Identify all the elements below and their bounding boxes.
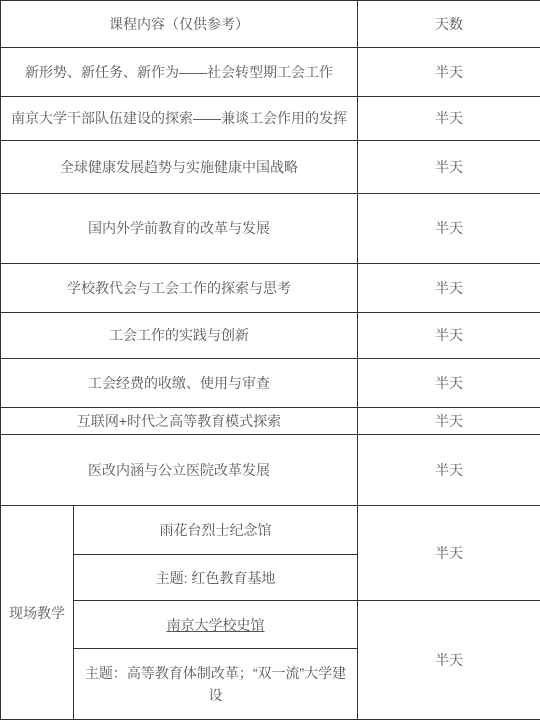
venue-cell: 雨花台烈士纪念馆	[74, 506, 358, 555]
table-row: 南京大学校史馆 半天	[1, 601, 540, 649]
venue-link[interactable]: 南京大学校史馆	[167, 617, 265, 633]
table-row: 南京大学干部队伍建设的探索——兼谈工会作用的发挥 半天	[1, 97, 540, 141]
table-row: 工会经费的收缴、使用与审查 半天	[1, 359, 540, 408]
course-cell: 新形势、新任务、新作为——社会转型期工会工作	[1, 48, 358, 97]
days-cell: 半天	[358, 141, 540, 194]
table-row: 互联网+时代之高等教育模式探索 半天	[1, 408, 540, 435]
course-cell: 国内外学前教育的改革与发展	[1, 194, 358, 264]
days-cell: 半天	[358, 194, 540, 264]
course-cell: 南京大学干部队伍建设的探索——兼谈工会作用的发挥	[1, 97, 358, 141]
table-header-row: 课程内容（仅供参考） 天数	[1, 1, 540, 48]
table-row: 新形势、新任务、新作为——社会转型期工会工作 半天	[1, 48, 540, 97]
column-header-days: 天数	[358, 1, 540, 48]
course-cell: 工会工作的实践与创新	[1, 313, 358, 359]
onsite-teaching-label: 现场教学	[1, 506, 74, 720]
days-cell: 半天	[358, 601, 540, 720]
days-cell: 半天	[358, 97, 540, 141]
table-row: 国内外学前教育的改革与发展 半天	[1, 194, 540, 264]
course-cell: 互联网+时代之高等教育模式探索	[1, 408, 358, 435]
days-cell: 半天	[358, 408, 540, 435]
theme-cell: 主题: 红色教育基地	[74, 555, 358, 601]
column-header-course: 课程内容（仅供参考）	[1, 1, 358, 48]
table-row: 学校教代会与工会工作的探索与思考 半天	[1, 264, 540, 313]
days-cell: 半天	[358, 435, 540, 506]
course-cell: 全球健康发展趋势与实施健康中国战略	[1, 141, 358, 194]
venue-cell: 南京大学校史馆	[74, 601, 358, 649]
course-schedule-page: 课程内容（仅供参考） 天数 新形势、新任务、新作为——社会转型期工会工作 半天 …	[0, 0, 540, 717]
days-cell: 半天	[358, 48, 540, 97]
table-row: 工会工作的实践与创新 半天	[1, 313, 540, 359]
course-schedule-table: 课程内容（仅供参考） 天数 新形势、新任务、新作为——社会转型期工会工作 半天 …	[0, 0, 540, 720]
table-row: 医改内涵与公立医院改革发展 半天	[1, 435, 540, 506]
theme-cell: 主题：高等教育体制改革；“双一流”大学建设	[74, 649, 358, 720]
table-row: 全球健康发展趋势与实施健康中国战略 半天	[1, 141, 540, 194]
days-cell: 半天	[358, 264, 540, 313]
table-row: 现场教学 雨花台烈士纪念馆 半天	[1, 506, 540, 555]
course-cell: 医改内涵与公立医院改革发展	[1, 435, 358, 506]
course-cell: 工会经费的收缴、使用与审查	[1, 359, 358, 408]
days-cell: 半天	[358, 313, 540, 359]
days-cell: 半天	[358, 359, 540, 408]
days-cell: 半天	[358, 506, 540, 601]
course-cell: 学校教代会与工会工作的探索与思考	[1, 264, 358, 313]
